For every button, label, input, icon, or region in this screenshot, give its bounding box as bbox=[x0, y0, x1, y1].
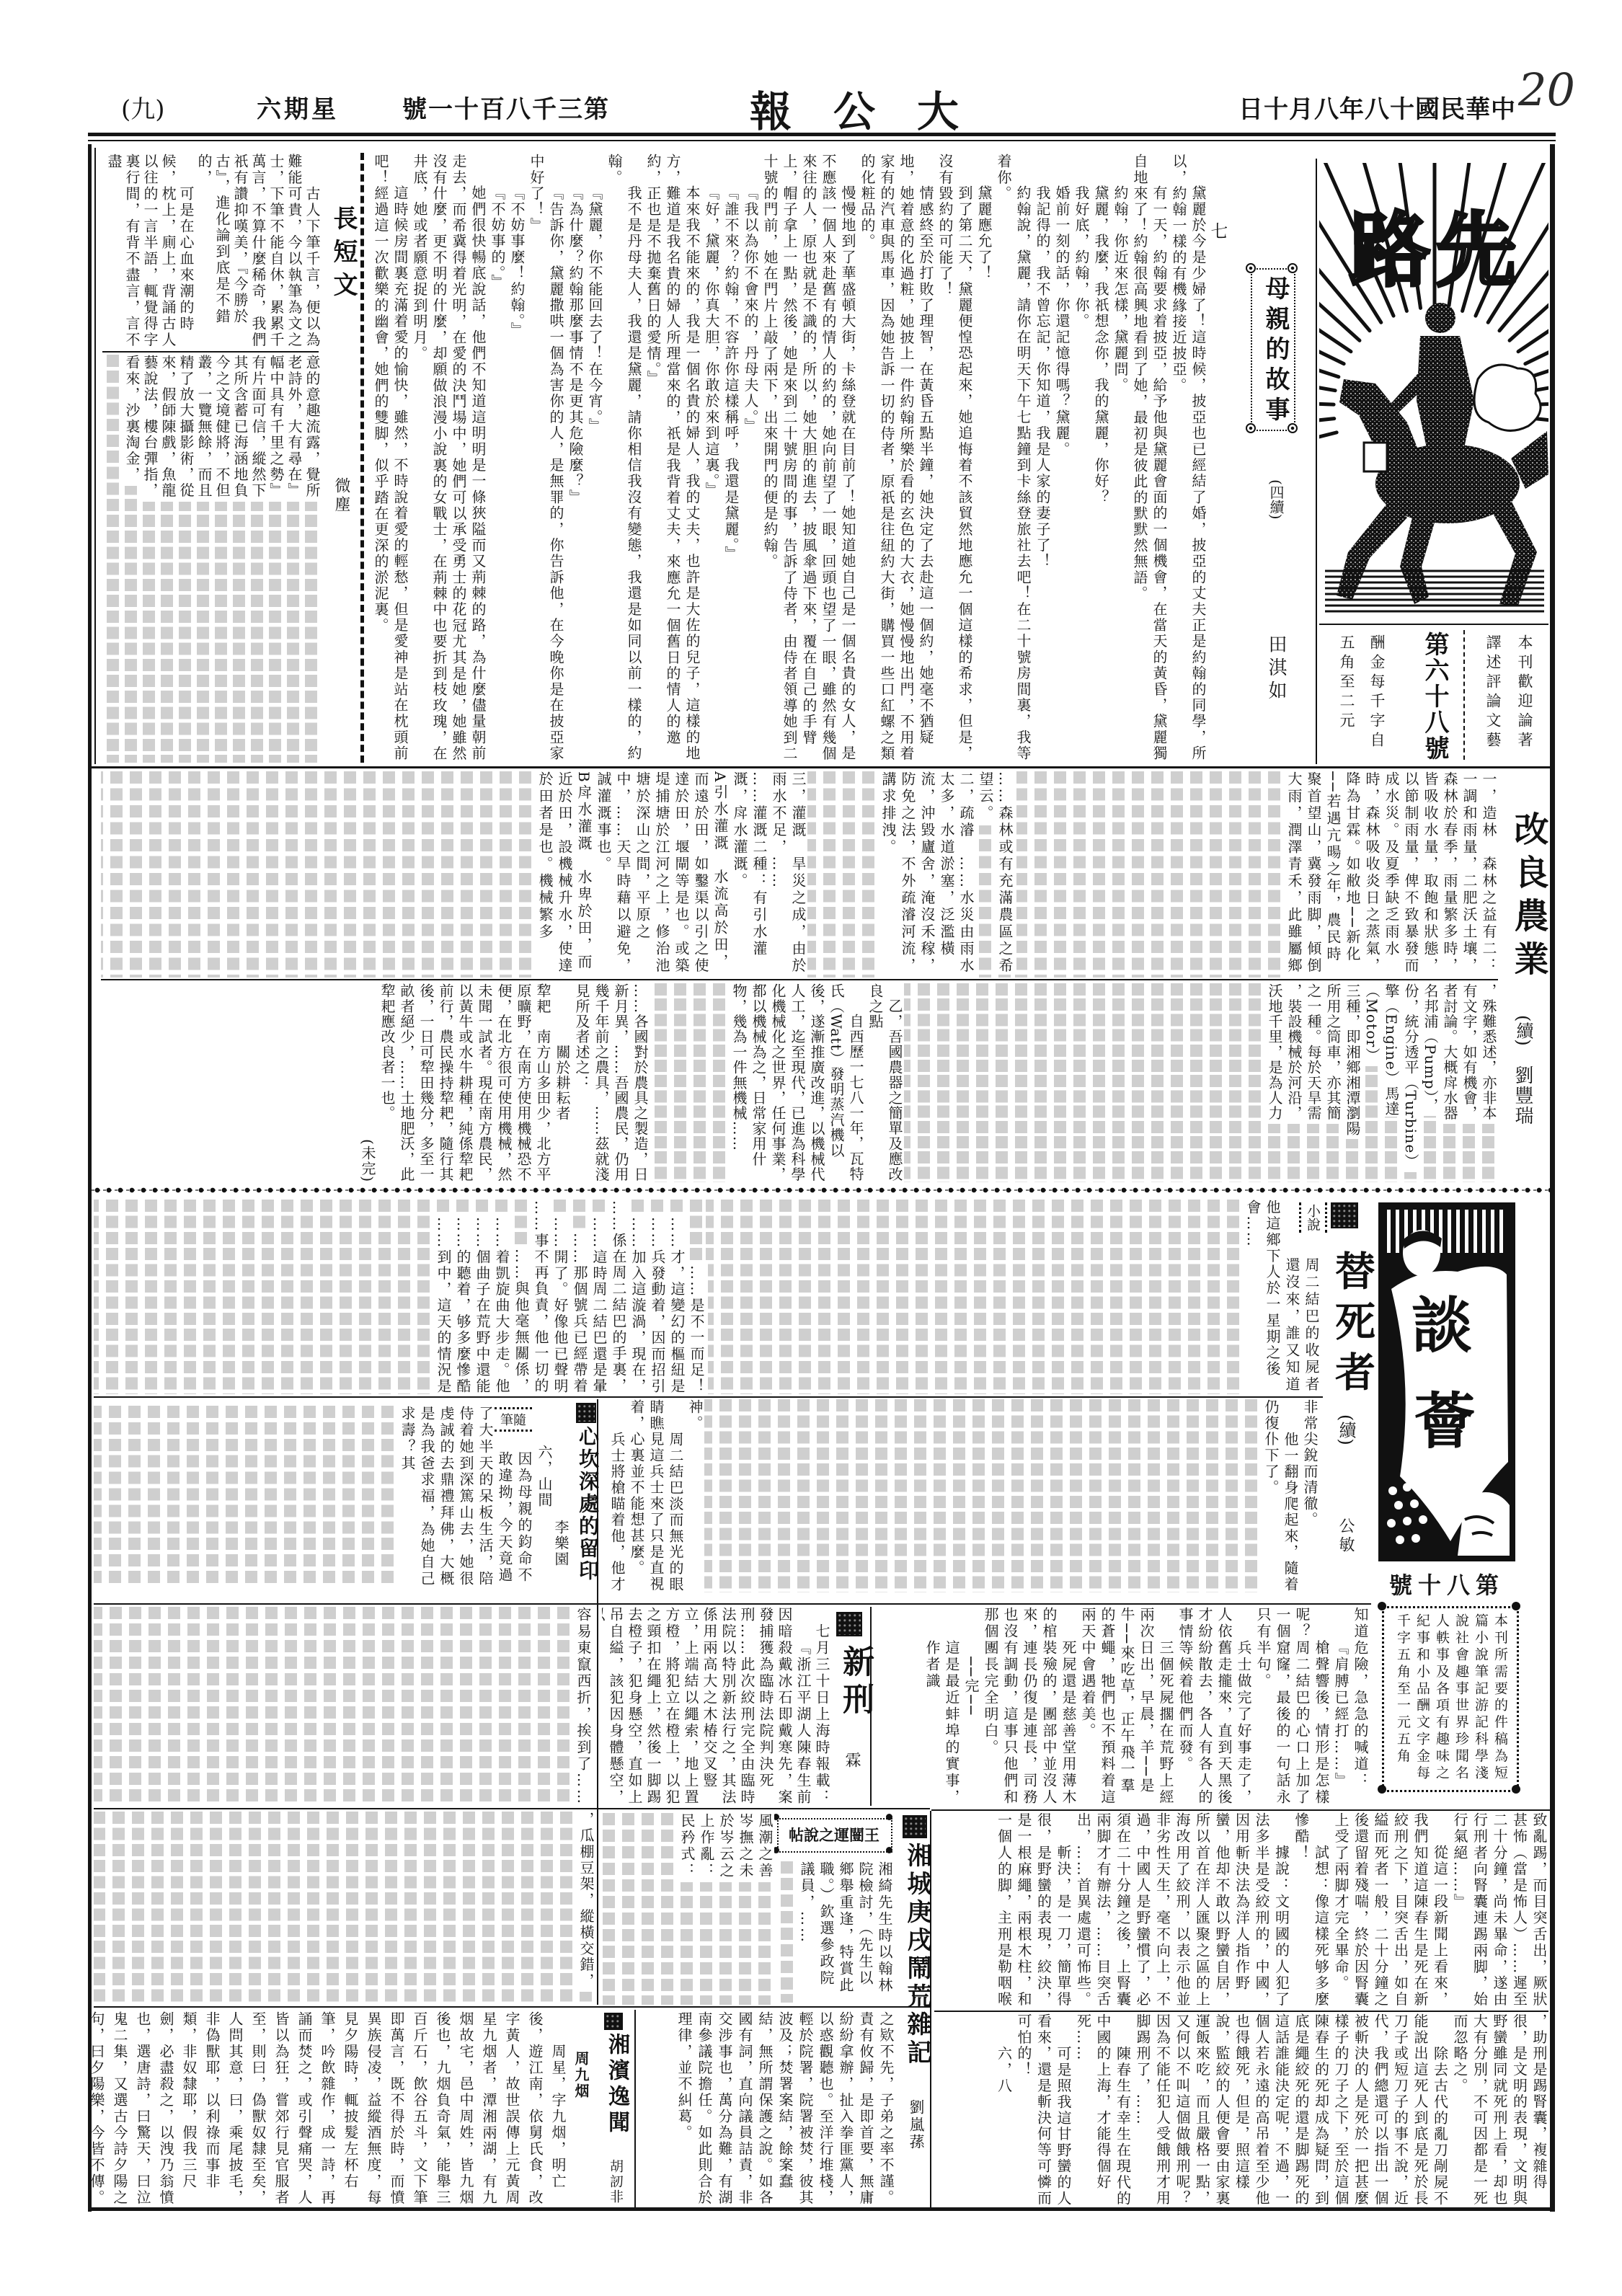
paragraph-list: 古人下筆千言，便以為難能可貴，今以執筆為文之士，下筆不能自休，累累千萬言，不算什… bbox=[105, 154, 321, 348]
article-title: 湘城庚戌鬧荒雜記 bbox=[900, 1843, 935, 2067]
column-fragment: 精了放大攝影術，從 bbox=[177, 355, 195, 763]
section-emblem-icon bbox=[576, 1403, 596, 1423]
paragraph: 一，造林 森林之益有二：一調和雨量，二肥沃土壤，森林於春季，雨量繁多時，皆吸收水… bbox=[1284, 771, 1498, 978]
date: 中華民國十八年八月十日 bbox=[1238, 89, 1516, 125]
column-fragment: 看來，沙裏淘金， bbox=[123, 355, 141, 763]
notice-column: 本刊歡迎論著 bbox=[1514, 634, 1535, 751]
tier-divider bbox=[934, 2011, 1548, 2012]
notice-column-list: 本刊所需要的件稿為短篇小說筆記游記科學淺說社會趣事世界珍聞名人軼事及各項有趣味之… bbox=[1393, 1613, 1510, 1783]
tier-divider bbox=[94, 1396, 1323, 1398]
paragraph: 我不是丹母夫人，我還是黛麗，請你相信我沒有變態，我還是如同以前一樣的，約翰。 bbox=[604, 154, 643, 763]
column-fragment: ……兵發動着，因而招引 bbox=[647, 1200, 667, 1394]
tier-divider bbox=[94, 2006, 930, 2008]
tier-divider bbox=[102, 351, 319, 353]
article-title: 心坎深處的留印 bbox=[573, 1426, 602, 1582]
gear-ornament-icon bbox=[1246, 263, 1256, 273]
genre-tag: 隨筆 bbox=[495, 1407, 532, 1432]
paragraph: 試想：像這樣死够多麼慘酷！ bbox=[1291, 1812, 1331, 2008]
paragraph: 據說：文明國的人犯了法多半是受絞刑的，中國，因用斬決法為洋人指作野蠻，他却不敢以… bbox=[1073, 1812, 1291, 2008]
paragraph: 情感終至於打敗了理智，在黃昏五點半鐘，她決定了去赴這一個約，她毫不猶疑地，她着意… bbox=[857, 154, 935, 763]
memoir-tier2-rest: 了大半天的呆板生活，陪侍着她到深篤山去，她很虔誠的去鼎禮拜佛，大概是為我爸求福，… bbox=[94, 1406, 495, 1587]
column-fragment: ……到中，這天的情況是 bbox=[433, 1200, 453, 1394]
column-fragment-list: 容易東竄西折，挨到了…… bbox=[573, 1607, 593, 1806]
paragraph: 古人下筆千言，便以為難能可貴，今以執筆為文之士，下筆不能自休，累累千萬言，不算什… bbox=[195, 154, 321, 348]
notice-column: 人軼事及各項有趣味之 bbox=[1432, 1613, 1451, 1783]
essay-lower-text: 意的意趣流露，覺所老詩外，大有尋在』幅中具有千里之勢』有片面可信，縱然下其所含蓄… bbox=[101, 355, 321, 763]
column-fragment: 民矜式： bbox=[677, 1813, 696, 2005]
paragraph: 周二結巴的收屍者還沒來，誰又知道 bbox=[1282, 1257, 1321, 1394]
column-fragment: ……事不再負責，他一切的 bbox=[531, 1200, 550, 1394]
paragraph: 湘綺先生時以翰林院檢討，（先生以鄉舉重逢，特賞此職。）欽選參政院議員，…… bbox=[797, 1861, 894, 2003]
fiction-tier2-text: 非常尖銳而清徹。 他一翻身爬起來，隨着仍復仆下了。 神。 周二結巴淡而無光的眼睛… bbox=[600, 1399, 1319, 1592]
paragraph-list: 周二結巴淡而無光的眼睛瞧見這兵士來了只是直視着，心裏並不能想甚麼。兵士將槍瞄着他… bbox=[607, 1399, 685, 1592]
paragraph: 這時候房間裏充滿着愛的愉快，雖然，不時說着愛的輕愁，但是愛神是站在枕頭前吧！經過… bbox=[371, 154, 409, 763]
paragraph: 除去古代的亂刀剮屍不能說出這死人到底是死於長刀子或短刀子的事不說，近代，我們總還… bbox=[1133, 2013, 1450, 2207]
subheading: 王闓運之說帖 bbox=[779, 1824, 890, 1845]
dateline: 七月三十日上海時報載： bbox=[812, 1607, 831, 1806]
column-fragment: 者討論。大概戽水器 bbox=[1440, 983, 1459, 1182]
paragraph: 之欵不先，子弟之率不謹。責有攸歸，是即首要，無庸紛紛拿辦，扯入拳匪黨人，以惑觀聽… bbox=[674, 2011, 896, 2206]
column-fragment-list: 風潮之善岑撫之未於岑云之上作亂：民矜式： bbox=[677, 1813, 774, 2005]
paragraph: B戽水灌溉 水卑於田，而近於田，設機械升水，使達於田者是也。機械繁多 bbox=[535, 771, 593, 978]
column-fragment: 意的意趣流露，覺所 bbox=[303, 355, 321, 763]
column-fragment: ……才，這變幻的樞紐是 bbox=[667, 1200, 686, 1394]
submission-notice-text: 本刊所需要的件稿為短篇小說筆記游記科學淺說社會趣事世界珍聞名人軼事及各項有趣味之… bbox=[1393, 1613, 1510, 1783]
famine-notes-lower: 之欵不先，子弟之率不謹。責有攸歸，是即首要，無庸紛紛拿辦，扯入拳匪黨人，以惑觀聽… bbox=[638, 2011, 896, 2206]
print-texture bbox=[904, 983, 1264, 1182]
column-fragment: 有文字，如有機會， bbox=[1459, 983, 1479, 1182]
column-fragment: ，裝設機械於河沿， bbox=[1284, 983, 1303, 1182]
paragraph: 三個死屍擱在荒野上經兩次日出，早晨，羊──是牛──來吃草，正午飛一羣的蒼蠅，牠們… bbox=[1078, 1607, 1175, 1807]
paragraph: 『為什麼？約翰那麼事情不是更其危險麼？』 bbox=[565, 154, 585, 763]
section-emblem-icon bbox=[903, 1815, 927, 1838]
paragraph: 她們很快暢底說話，他們不知道這明明是一條狹隘而又荊棘的路，為什麼儘量朝前走去，而… bbox=[409, 154, 487, 763]
payment-column: 五角至二元 bbox=[1336, 634, 1357, 732]
paragraph: 二，疏濬 ……水災由雨水太多，水道淤塞，泛濫橫流，沖毀廬舍，淹沒禾稼，防免之法，… bbox=[878, 771, 975, 978]
paragraph: 死屍還是慈善堂用薄木的棺裝殮的，團部中並沒人來，連長仍復是連長，司務也沒有調動，… bbox=[980, 1607, 1078, 1807]
section-heading: 關於耕耘者 bbox=[552, 983, 572, 1182]
paragraph: 『不妨事的。』 bbox=[487, 154, 507, 763]
author-note-sign: 作者識 bbox=[922, 1607, 941, 1807]
paragraph: 槍聲響後，情形是怎樣呢？周二結巴的心口上加了一個窟窿，最後的一句話永只有半句。 bbox=[1253, 1607, 1331, 1807]
print-texture bbox=[603, 1813, 677, 2005]
author-note: 這是最近蚌埠的實事， bbox=[941, 1607, 961, 1807]
gear-ornament-icon bbox=[1288, 263, 1298, 273]
print-texture bbox=[807, 771, 878, 978]
paragraph: 可是照我這甘野蠻的人看來，還是斬決何等可憐而可怕的！ bbox=[1014, 2013, 1073, 2207]
column-fragment: ……是不一而足！ bbox=[686, 1200, 706, 1394]
paragraph-list: 從這一段新聞上看來，我們知道這陳春生是死在新絞刑之下，目突舌出，如自縊而死者一般… bbox=[993, 1812, 1450, 2008]
print-texture bbox=[704, 1399, 1261, 1592]
fiction-tier1-opening: 周二結巴的收屍者還沒來，誰又知道 bbox=[1282, 1257, 1321, 1394]
column-fragment: 沃地千里，是為人力 bbox=[1264, 983, 1284, 1182]
paragraph-list: 除去古代的亂刀剮屍不能說出這死人到底是死於長刀子或短刀子的事不說，近代，我們總還… bbox=[993, 2013, 1450, 2207]
column-fragment: 容易東竄西折，挨到了…… bbox=[573, 1607, 593, 1806]
section-emblem-icon bbox=[604, 2013, 623, 2030]
column-fragment-list: ……森林或有充滿農區之希望云。 bbox=[975, 771, 1014, 978]
print-texture bbox=[94, 1607, 573, 1806]
article-author: 胡訒非 bbox=[606, 2159, 626, 2204]
column-fragment: 有片面可信，縱然下 bbox=[249, 355, 267, 763]
agriculture-lower-text: ，殊難悉述，亦非本有文字，如有機會，者討論。大概戽水器名邦浦（Pump），份，統… bbox=[101, 983, 1498, 1182]
paragraph: 『我以為你不會來的，丹母夫人。』 bbox=[740, 154, 760, 763]
column-fragment: ，瓜棚豆架，縱橫交錯， bbox=[576, 1812, 595, 2005]
paragraph: 周星，字九烟，明亡後，遊江南，依舅氏食，改字黃人，故世誤傳上元黃周星九烟者，潭湘… bbox=[87, 2011, 570, 2206]
article-title: 替死者 bbox=[1324, 1250, 1381, 1401]
notice-column: 篇小說筆記游記科學淺 bbox=[1471, 1613, 1490, 1783]
article-title: 改良農業 bbox=[1504, 811, 1554, 984]
ornamental-divider bbox=[92, 1185, 1550, 1195]
column-fragment: 藝說法，樓台彈指， bbox=[141, 355, 159, 763]
column-fragment: 叢，一覽無餘，而且 bbox=[195, 355, 213, 763]
paragraph: 知道危險，急急的喊道： bbox=[1350, 1607, 1370, 1807]
paragraph: 三，灌溉 旱災之成，由於雨水不足，…… bbox=[768, 771, 807, 978]
paragraph: 『誰不來？約翰，不容許你這樣稱呼，我還是黛麗。』 bbox=[721, 154, 740, 763]
fiction-tier1-text: 他這鄉下人於一星期之後會…… ……是不一而足！……才，這變幻的樞紐是……兵發動着… bbox=[94, 1200, 1282, 1394]
paragraph: 約翰說，黛麗，請你在明天下午七點鐘到卡絲登旅社去吧！在二十號房間裏，我等着你。 bbox=[993, 154, 1032, 763]
anecdotes-text: 周九烟 周星，字九烟，明亡後，遊江南，依舅氏食，改字黃人，故世誤傳上元黃周星九烟… bbox=[87, 2011, 593, 2206]
caption-dashed-divider bbox=[1463, 630, 1465, 760]
subheading: 周九烟 bbox=[570, 2011, 593, 2206]
column-fragment: 老詩外，大有尋在』 bbox=[285, 355, 303, 763]
tier-divider bbox=[931, 1809, 1550, 1811]
print-texture bbox=[94, 1406, 397, 1587]
corner-dot-icon bbox=[1512, 1602, 1520, 1610]
page-border-left-inner bbox=[94, 148, 96, 764]
page-border-bottom bbox=[88, 2207, 1555, 2211]
paragraph: 兵士將槍瞄着他，他才 bbox=[607, 1399, 626, 1592]
section-heading: 乙，吾國農器之簡單及應改良之點 bbox=[865, 983, 904, 1182]
article-title: 新刑 bbox=[832, 1645, 878, 1720]
paragraph-list: 二，疏濬 ……水災由雨水太多，水道淤塞，泛濫橫流，沖毀廬舍，淹沒禾稼，防免之法，… bbox=[878, 771, 975, 978]
paper-name: 大公報 bbox=[750, 78, 1001, 138]
corner-dot-icon bbox=[1378, 1785, 1386, 1794]
paragraph: ……灌溉二種：有引水灌溉，戽水灌溉。 bbox=[730, 771, 768, 978]
column-fragment: ……森林或有充滿農區之希望云。 bbox=[975, 771, 1014, 978]
paragraph: 『好，黛麗，你真大胆，你敢於來到這裏。』 bbox=[701, 154, 721, 763]
column-fragment: ……加入這漩渦，現在， bbox=[628, 1200, 647, 1394]
article-author: 微塵 bbox=[330, 477, 353, 515]
essay-upper-text: 古人下筆千言，便以為難能可貴，今以執筆為文之士，下筆不能自休，累累千萬言，不算什… bbox=[101, 154, 321, 348]
gear-ornament-icon bbox=[1246, 423, 1256, 433]
paragraph-list: 犂耙 南方山多田少，北方平原曠野，在南方使用機械恐不便，在北方很可使用機械，然未… bbox=[377, 983, 552, 1182]
famine-notes-memorial: 風潮之善岑撫之未於岑云之上作亂：民矜式： bbox=[603, 1813, 774, 2005]
paragraph: 約翰，你近來怎樣，黛麗問。 bbox=[1110, 154, 1130, 763]
band-divider bbox=[92, 766, 1550, 768]
paragraph: 我記得的，我不曾忘記，你知道，我是人家的妻子了！ bbox=[1032, 154, 1052, 763]
paragraph: 斬決，是一刀，簡單得很，是野蠻的表現，絞決，是一根麻繩，兩根木柱，和一個人的脚，… bbox=[993, 1812, 1073, 2008]
new-punishment-text: 七月三十日上海時報載： 『浙江平湖人陳春生前因暗殺戴冰石即戴寒先，案發捕獲為臨時… bbox=[602, 1607, 831, 1806]
tier-divider bbox=[94, 1603, 1371, 1605]
column-fragment-list: ，瓜棚豆架，縱橫交錯， bbox=[576, 1812, 595, 2005]
column-fragment: 擎（Engine）馬達（Motor） bbox=[1362, 983, 1401, 1182]
paragraph: 『告訴你，黛麗撒哄一個為害你的人，是無罪的，你告訴他，在今晚你是在披亞家中好了！… bbox=[526, 154, 565, 763]
supplement-issue-number: 第六十八號 bbox=[1417, 631, 1453, 761]
paragraph: ……各國對於農具之製造，日新月異，……吾國農民，仍用幾千年前之農具，……茲就淺見… bbox=[572, 983, 650, 1182]
new-punishment-continuation-upper: 致亂踢，而目突舌出，厥狀甚怖（當是怖人）……遲至二十分鐘，尚未畢命，遂由行刑者向… bbox=[934, 1812, 1548, 2008]
paragraph: 自西歷一七八一年，瓦特氏（Watt）發明蒸汽機以後，遂漸推廣改進，以機械代人工，… bbox=[729, 983, 865, 1182]
supplement-masthead: 先路 bbox=[1335, 186, 1537, 302]
paragraph: 他一翻身爬起來，隨着仍復仆下了。 bbox=[1261, 1399, 1300, 1592]
notice-column: 本刊所需要的件稿為短 bbox=[1490, 1613, 1510, 1783]
notice-column: 紀事和小品酬文字金每 bbox=[1412, 1613, 1432, 1783]
weekday: 星期六 bbox=[257, 89, 339, 125]
installment-label: (續) bbox=[1334, 1414, 1359, 1445]
paragraph: 可是在心血來潮的時候，枕上，廁上，背誦古人以往的一言半語，輒覺得字裏行間，有背不… bbox=[105, 154, 195, 348]
page-number: (九) bbox=[121, 89, 165, 125]
paragraph: 神。 bbox=[685, 1399, 704, 1592]
paragraph: 致亂踢，而目突舌出，厥狀甚怖（當是怖人）……遲至二十分鐘，尚未畢命，遂由行刑者向… bbox=[1450, 1812, 1549, 2008]
serial-text: 七 黛麗於今是少婦了！這時候，披亞也已經結了婚，披亞的丈夫正是約翰的同學，所以，… bbox=[369, 154, 1227, 763]
new-punishment-continuation-lower: ，助刑是踢腎囊，複雜得很，是文明的表現，文明與野蠻雖同就死刑上看，却也大有分別，… bbox=[934, 2013, 1548, 2207]
column-fragment: 風潮之善 bbox=[755, 1813, 774, 2005]
corner-dot-icon bbox=[886, 1847, 892, 1853]
paragraph-list: 他這鄉下人於一星期之後會…… bbox=[1243, 1200, 1282, 1394]
column-fragment: 岑撫之未 bbox=[735, 1813, 755, 2005]
installment-label: (四續) bbox=[1266, 479, 1287, 520]
print-texture bbox=[94, 1812, 576, 2005]
paragraph: ，助刑是踢腎囊，複雜得很，是文明的表現，文明與野蠻雖同就死刑上看，却也大有分別，… bbox=[1450, 2013, 1549, 2207]
column-fragment-list: 意的意趣流露，覺所老詩外，大有尋在』幅中具有千里之勢』有片面可信，縱然下其所含蓄… bbox=[123, 355, 321, 763]
paragraph-list: ……各國對於農具之製造，日新月異，……吾國農民，仍用幾千年前之農具，……茲就淺見… bbox=[572, 983, 650, 1182]
column-fragment-list: ，殊難悉述，亦非本有文字，如有機會，者討論。大概戽水器名邦浦（Pump），份，統… bbox=[1264, 983, 1498, 1182]
section-number: 七 bbox=[1207, 154, 1227, 763]
column-fragment: 份，統分透平（Turbine） bbox=[1401, 983, 1420, 1182]
paragraph: A引水灌溉 水流高於田，而遠於田，如鑿渠以引之使達於田，堰閘等是也。或築堤捕塘於… bbox=[593, 771, 730, 978]
notice-column: 千字五角至一元五角 bbox=[1393, 1613, 1412, 1783]
fiction-tier3-text: 知道危險，急急的喊道： 『肩膊已經打……』槍聲響後，情形是怎樣呢？周二結巴的心口… bbox=[874, 1607, 1370, 1807]
column-fragment: 來，假師陳戲，魚龍 bbox=[159, 355, 177, 763]
paragraph: 到了第二天，黛麗便惶恐起來，她追悔着不該貿然地應允一個這樣的希求，但是，沒有毀約… bbox=[935, 154, 974, 763]
print-texture bbox=[1014, 771, 1284, 978]
notice-column: 譯述評論文藝 bbox=[1482, 634, 1504, 751]
paragraph: 六，八 bbox=[993, 2013, 1014, 2207]
section-emblem-icon bbox=[836, 1612, 862, 1636]
famine-notes-intro: 湘綺先生時以翰林院檢討，（先生以鄉舉重逢，特賞此職。）欽選參政院議員，…… bbox=[777, 1861, 894, 2003]
memoir-tier4-text: ，瓜棚豆架，縱橫交錯， bbox=[94, 1812, 595, 2005]
corner-dot-icon bbox=[1378, 1602, 1386, 1610]
paragraph-list: 自西歷一七八一年，瓦特氏（Watt）發明蒸汽機以後，遂漸推廣改進，以機械代人工，… bbox=[729, 983, 865, 1182]
end-mark: ──完── bbox=[961, 1607, 980, 1807]
column-fragment: ……着凱旋曲大步走。他 bbox=[492, 1200, 511, 1394]
print-texture bbox=[650, 983, 729, 1182]
supplement-masthead-char: 談 bbox=[1412, 1277, 1472, 1365]
page-border-right bbox=[1550, 144, 1555, 2212]
issue-number: 第三千八百十一號 bbox=[402, 89, 610, 125]
column-fragment: 之一種。每於天旱需 bbox=[1303, 983, 1323, 1182]
paragraph: 黛麗，我麼，我祇想念你，我的黛麗，你好？ bbox=[1091, 154, 1110, 763]
print-texture bbox=[777, 1861, 797, 2003]
paragraph: 黛麗應允了！ bbox=[974, 154, 993, 763]
paragraph: 非常尖銳而清徹。 bbox=[1300, 1399, 1319, 1592]
paragraph: 本來我不能來的，我是一個名貴的婦人，我的丈夫，也許是大佐的兒子，這樣的地方，難道… bbox=[643, 154, 701, 763]
supplement-masthead-char: 薈 bbox=[1414, 1373, 1475, 1461]
installment-label: (續) bbox=[1511, 1015, 1536, 1046]
column-fragment: 名邦浦（Pump）， bbox=[1420, 983, 1440, 1182]
paragraph: 有一天，約翰要求着披亞，給予他與黛麗會面的一個機會，在當天的黃昏，黛麗獨自地來了… bbox=[1130, 154, 1169, 763]
section-emblem-icon bbox=[1331, 1202, 1358, 1228]
column-fragment: 幅中具有千里之勢』 bbox=[267, 355, 285, 763]
supplement-issue-number: 第八十號 bbox=[1378, 1567, 1515, 1600]
corner-dot-icon bbox=[1512, 1785, 1520, 1794]
paragraph: 犂耙 南方山多田少，北方平原曠野，在南方使用機械恐不便，在北方很可使用機械，然未… bbox=[377, 983, 552, 1182]
column-fragment: 其所含蓄已海涵地負 bbox=[231, 355, 249, 763]
paragraph: 婚前一刻的話，你還記憶得嗎？黛麗。 bbox=[1052, 154, 1071, 763]
column-fragment: 三種，即湘鄉湘潭瀏陽 bbox=[1342, 983, 1362, 1182]
notice-column: 說社會趣事世界珍聞名 bbox=[1451, 1613, 1471, 1783]
article-author: 劉豐瑞 bbox=[1510, 1065, 1536, 1126]
print-texture bbox=[101, 355, 123, 763]
article-title: 湘濱逸聞 bbox=[601, 2033, 632, 2137]
paragraph: 『不妨事麼！約翰。』 bbox=[507, 154, 526, 763]
payment-column: 酬金每千字自 bbox=[1366, 634, 1388, 751]
caption-divider bbox=[1319, 624, 1548, 625]
print-texture bbox=[94, 1200, 433, 1394]
column-fragment: 所用之筒車，亦其簡 bbox=[1323, 983, 1342, 1182]
page-border-left bbox=[88, 144, 92, 2212]
tier-divider bbox=[94, 1808, 930, 1809]
paragraph-list: 三，灌溉 旱災之成，由於雨水不足，…………灌溉二種：有引水灌溉，戽水灌溉。A引水… bbox=[535, 771, 807, 978]
paragraph: 我好底，約翰，你。 bbox=[1071, 154, 1091, 763]
paragraph: 『肩膊已經打……』 bbox=[1331, 1607, 1350, 1807]
column-fragment: 上作亂： bbox=[696, 1813, 716, 2005]
column-divider bbox=[634, 2010, 636, 2207]
paragraph: 『浙江平湖人陳春生前因暗殺戴冰石即戴寒先，案發捕獲為臨時法院判決死刑……此次絞刑… bbox=[602, 1607, 812, 1806]
memoir-tier2-first: 因為母親的鈞命不敢違拗，今天竟過 bbox=[495, 1451, 533, 1587]
paragraph-list: 黛麗於今是少婦了！這時候，披亞也已經結了婚，披亞的丈夫正是約翰的同學，所以，約翰… bbox=[371, 154, 1207, 763]
article-author: 公敏 bbox=[1334, 1517, 1357, 1555]
article-subtitle: 六，山間 bbox=[534, 1445, 555, 1508]
paragraph: 『黛麗，你不能回去了！在今宵。』 bbox=[585, 154, 604, 763]
paragraph: 周二結巴淡而無光的眼睛瞧見這兵士來了只是直視着，心裏並不能想甚麼。 bbox=[626, 1399, 685, 1592]
agriculture-upper-text: 一，造林 森林之益有二：一調和雨量，二肥沃土壤，森林於春季，雨量繁多時，皆吸收水… bbox=[101, 771, 1498, 978]
column-fragment: ……這時周二結巴還是暈 bbox=[589, 1200, 608, 1394]
paragraph: 陳春生有幸生在現代的中國的上海，才能得個好死…… bbox=[1073, 2013, 1133, 2207]
genre-tag: 小說 bbox=[1299, 1202, 1327, 1233]
article-author: 田淇如 bbox=[1263, 634, 1290, 704]
dashed-column-divider bbox=[360, 153, 364, 763]
article-author: 劉嵐蓀 bbox=[905, 2099, 927, 2151]
column-fragment: ……係在周二結巴的手裏， bbox=[608, 1200, 628, 1394]
column-fragment: ……那個號兵已經帶着 bbox=[570, 1200, 589, 1394]
paragraph: 從這一段新聞上看來，我們知道這陳春生是死在新絞刑之下，目突舌出，如自縊而死者一般… bbox=[1331, 1812, 1450, 2008]
article-title: 長短文 bbox=[326, 205, 361, 305]
paragraph: 慢慢地到了華盛頓大街，卡絲登就在目前了！她知道她自己是一個名貴的女人，是不應該一… bbox=[760, 154, 857, 763]
column-fragment: ……的聽着，够多麼慘酷 bbox=[453, 1200, 472, 1394]
paragraph-list: 『肩膊已經打……』槍聲響後，情形是怎樣呢？周二結巴的心口上加了一個窟窿，最後的一… bbox=[980, 1607, 1350, 1807]
column-fragment-list: ……是不一而足！……才，這變幻的樞紐是……兵發動着，因而招引……加入這漩渦，現在… bbox=[433, 1200, 706, 1394]
paragraph: 他這鄉下人於一星期之後會…… bbox=[1243, 1200, 1282, 1394]
paragraph: 因為母親的鈞命不敢違拗，今天竟過 bbox=[495, 1451, 533, 1587]
memoir-tier3-text: 容易東竄西折，挨到了…… bbox=[94, 1607, 593, 1806]
handwritten-mark: 20 bbox=[1518, 63, 1575, 116]
column-fragment: 於岑云之 bbox=[716, 1813, 735, 2005]
column-fragment: ……個曲子在荒野中還能 bbox=[472, 1200, 492, 1394]
paragraph: 了大半天的呆板生活，陪侍着她到深篤山去，她很虔誠的去鼎禮拜佛，大概是為我爸求福，… bbox=[397, 1406, 495, 1587]
article-author: 李樂園 bbox=[551, 1520, 572, 1567]
column-fragment: ，殊難悉述，亦非本 bbox=[1479, 983, 1498, 1182]
corner-dot-icon bbox=[886, 1814, 892, 1820]
paragraph: 黛麗於今是少婦了！這時候，披亞也已經結了婚，披亞的丈夫正是約翰的同學，所以，約翰… bbox=[1169, 154, 1207, 763]
column-fragment: ……開了。好像他已聲明 bbox=[550, 1200, 570, 1394]
column-fragment: ……與他毫無關係， bbox=[511, 1200, 531, 1394]
print-texture bbox=[101, 771, 535, 978]
print-texture bbox=[706, 1200, 1243, 1394]
paragraph: 兵士做完了好事走了，人依舊走攏來，直到天黑後才紛紛散去，各人有各人的事情等候着他… bbox=[1175, 1607, 1253, 1807]
continued-note: (未完) bbox=[358, 983, 377, 1182]
article-title: 母親的故事 bbox=[1258, 275, 1293, 427]
paragraph-list: 一，造林 森林之益有二：一調和雨量，二肥沃土壤，森林於春季，雨量繁多時，皆吸收水… bbox=[1284, 771, 1498, 978]
column-fragment: 今之文境健將，不但 bbox=[213, 355, 231, 763]
tier-divider bbox=[101, 979, 1498, 980]
header-rule-thick bbox=[88, 133, 1556, 136]
article-author: 霖 bbox=[841, 1752, 863, 1768]
header-rule-thin bbox=[88, 140, 1556, 141]
